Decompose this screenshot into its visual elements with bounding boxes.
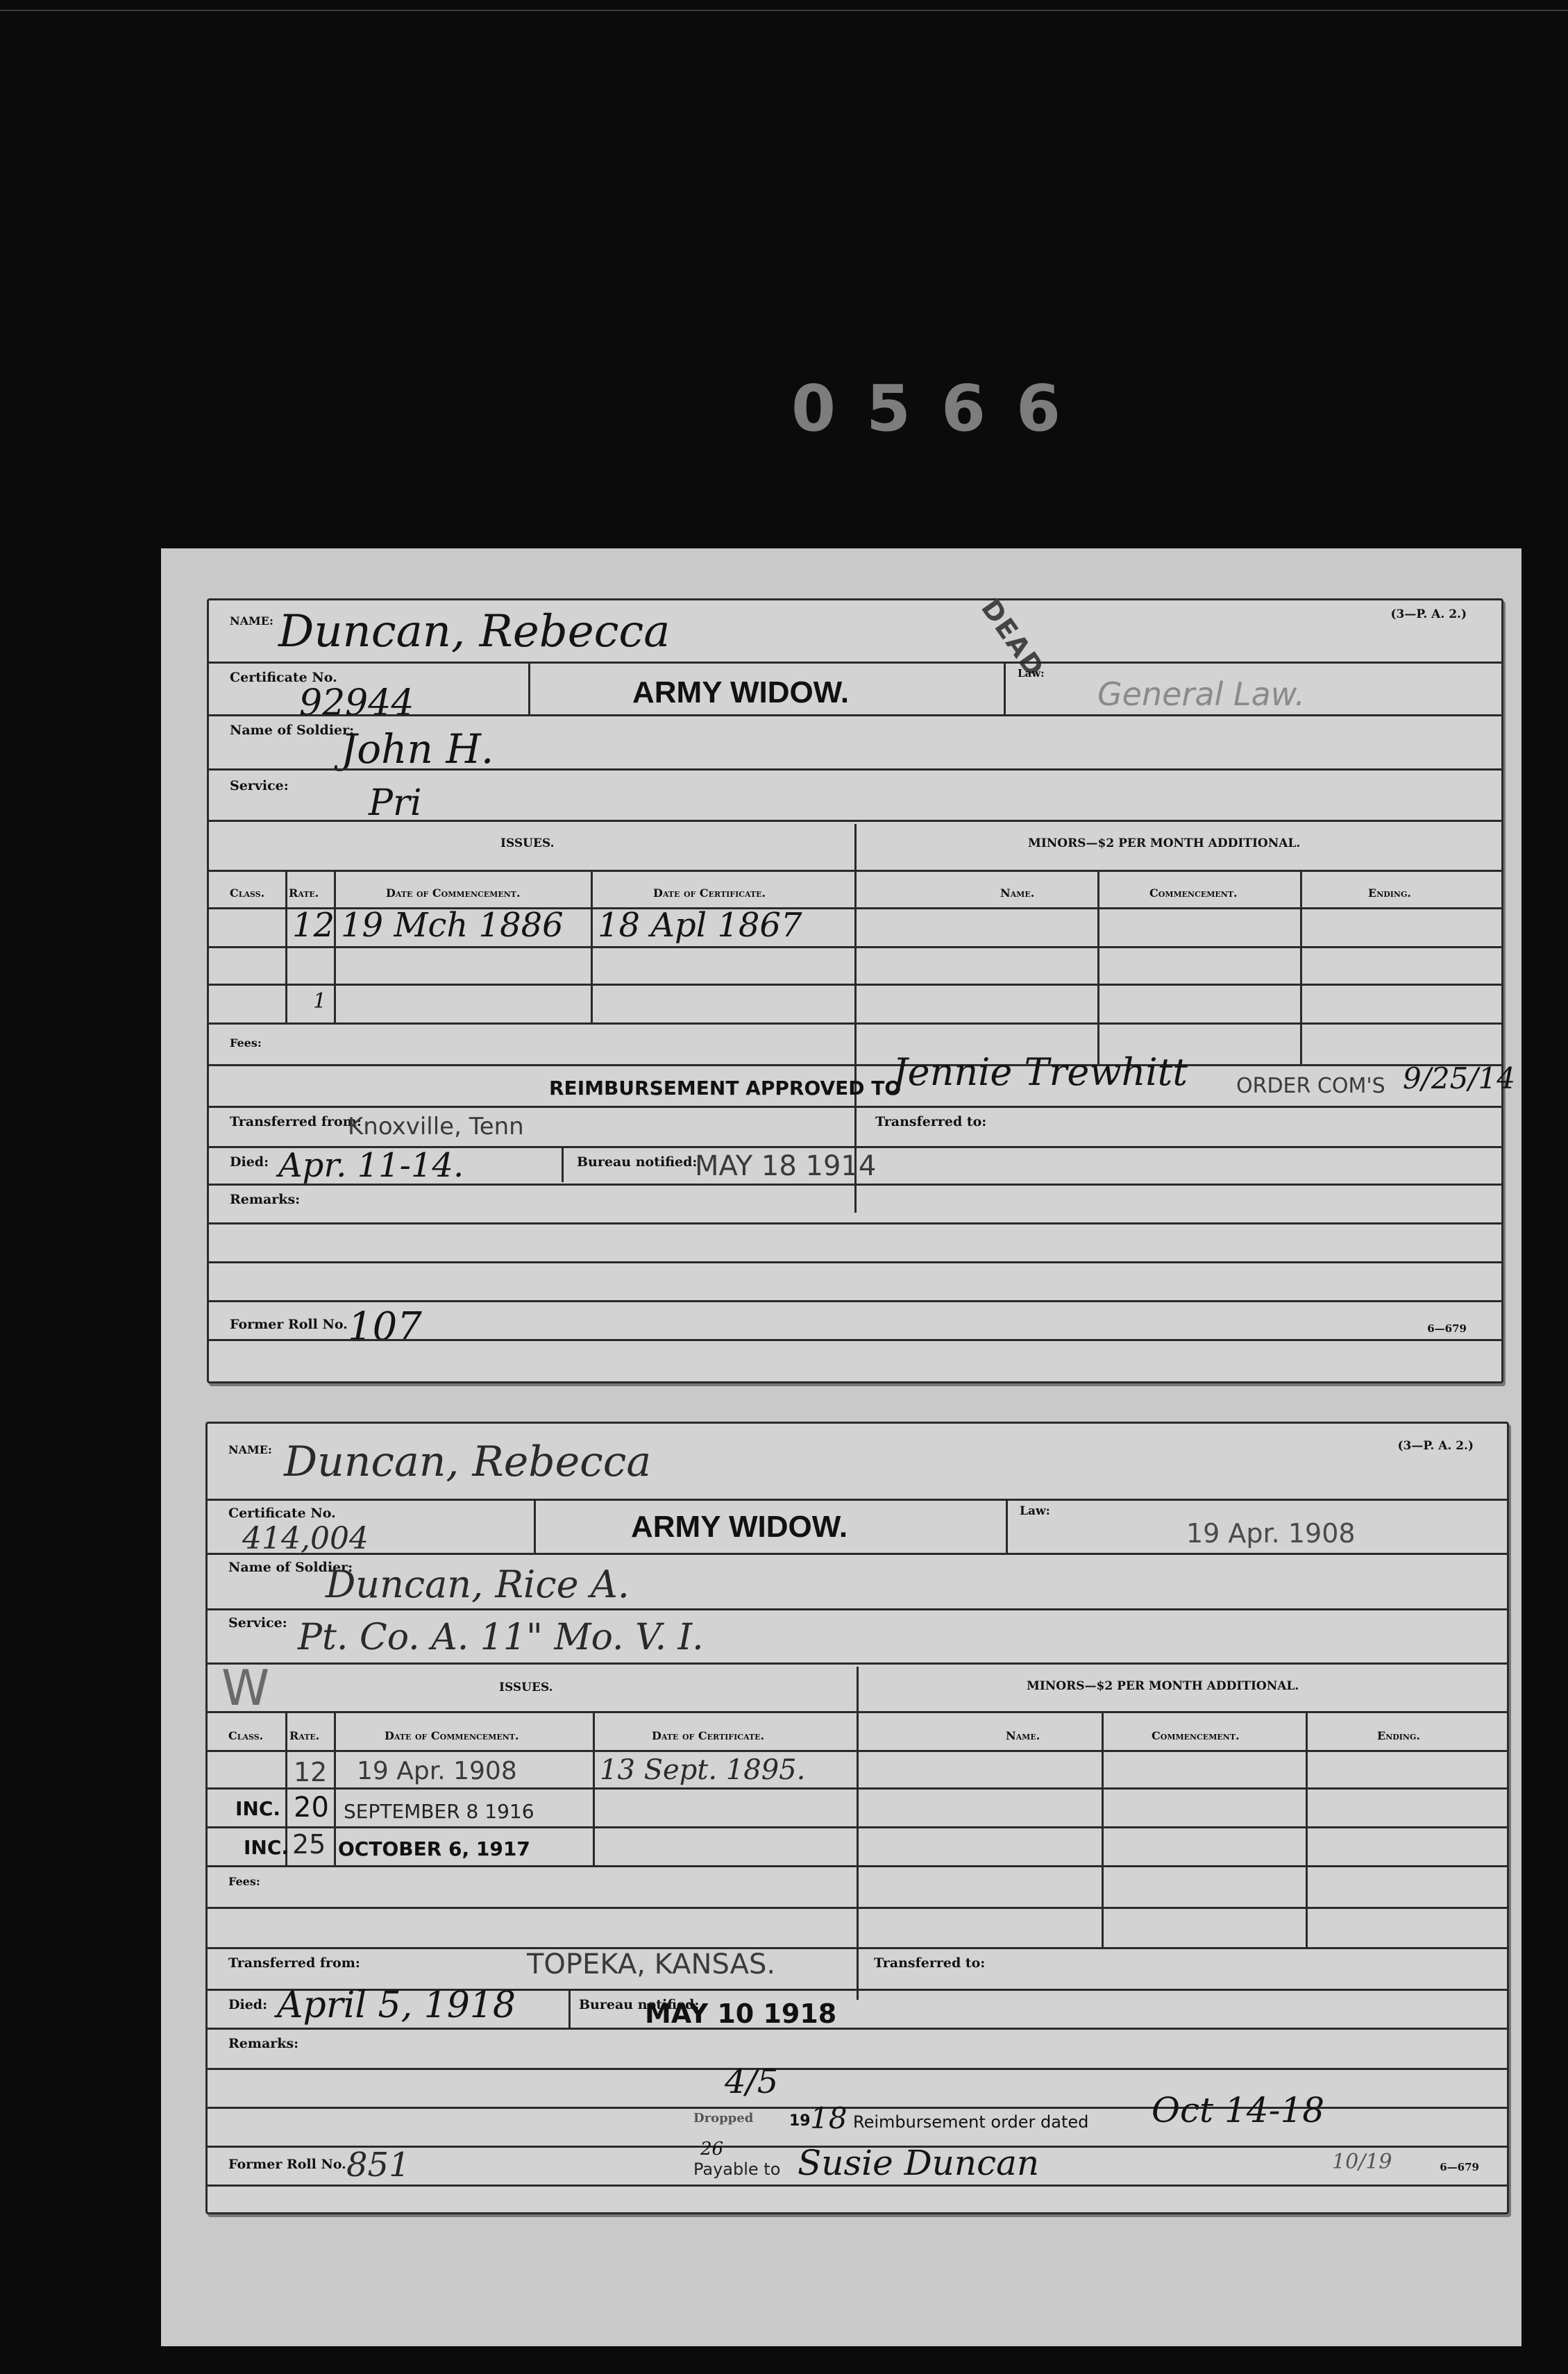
died-date: Apr. 11-14. (278, 1146, 464, 1185)
former-roll-number: 851 (346, 2146, 410, 2184)
died-label: Died: (230, 1154, 269, 1170)
law-value: General Law. (1097, 675, 1305, 713)
law-label: Law: (1018, 667, 1045, 680)
card-title: ARMY WIDOW. (631, 1510, 848, 1544)
pensioner-name: Duncan, Rebecca (278, 606, 670, 657)
commencement-col-header: Date of Commencement. (386, 886, 521, 900)
remarks-label: Remarks: (230, 1192, 300, 1207)
reimbursement-order-stamp: ORDER COM'S (1236, 1074, 1385, 1098)
minor-name-col-header: Name. (1006, 1729, 1040, 1742)
transferred-from-value: TOPEKA, KANSAS. (527, 1948, 775, 1980)
issue-2-class: INC. (235, 1797, 280, 1820)
issue-1-rate: 12 (294, 1757, 327, 1787)
transferred-from-value: Knoxville, Tenn (348, 1113, 524, 1140)
issue-1-certificate-date: 18 Apl 1867 (598, 906, 802, 945)
bureau-notified-label: Bureau notified: (577, 1154, 697, 1170)
issue-2-commencement: SEPTEMBER 8 1916 (344, 1800, 534, 1823)
remarks-label: Remarks: (228, 2036, 298, 2051)
issue-1-certificate-date: 13 Sept. 1895. (600, 1754, 805, 1786)
issue-3-rate: 25 (292, 1829, 326, 1860)
transferred-from-label: Transferred from: (228, 1955, 360, 1971)
former-roll-label: Former Roll No. (228, 2157, 346, 2172)
bureau-notified-date: MAY 18 1914 (695, 1150, 876, 1182)
form-code: (3—P. A. 2.) (1391, 607, 1467, 621)
soldier-name: John H. (341, 725, 494, 773)
pension-card-2: NAME: Duncan, Rebecca (3—P. A. 2.) Certi… (205, 1422, 1509, 2214)
certificate-label: Certificate No. (228, 1506, 336, 1521)
commencement-col-header: Date of Commencement. (385, 1729, 519, 1742)
transferred-to-label: Transferred to: (875, 1114, 986, 1129)
transferred-from-label: Transferred from: (230, 1114, 362, 1129)
minors-header: MINORS—$2 PER MONTH ADDITIONAL. (1027, 1679, 1299, 1693)
class-col-header: Class. (230, 886, 264, 900)
class-col-header: Class. (228, 1729, 263, 1742)
died-date: April 5, 1918 (277, 1985, 516, 2026)
reimbursement-order-label: Reimbursement order dated (853, 2112, 1088, 2132)
issues-header: ISSUES. (500, 836, 555, 850)
certificate-number: 414,004 (242, 1521, 369, 1556)
rate-col-header: Rate. (289, 886, 319, 900)
law-label: Law: (1020, 1504, 1050, 1518)
reimbursement-order-date: Oct 14-18 (1152, 2090, 1324, 2130)
certificate-date-col-header: Date of Certificate. (652, 1729, 764, 1742)
minor-commencement-col-header: Commencement. (1152, 1729, 1240, 1742)
frame-number: 0566 (791, 371, 1091, 446)
former-roll-number: 107 (348, 1304, 422, 1349)
dropped-date: 4/5 (725, 2062, 778, 2101)
print-code: 6—679 (1427, 1322, 1467, 1335)
former-roll-label: Former Roll No. (230, 1317, 348, 1332)
died-label: Died: (228, 1997, 267, 2012)
transferred-to-label: Transferred to: (874, 1955, 985, 1971)
issue-1-commencement: 19 Mch 1886 (341, 906, 564, 945)
reimbursement-date: 9/25/14 (1403, 1061, 1515, 1095)
issue-3-class: INC. (244, 1836, 289, 1859)
issues-header: ISSUES. (499, 1681, 553, 1694)
name-label: NAME: (228, 1443, 272, 1456)
issue-3-commencement: OCTOBER 6, 1917 (338, 1837, 530, 1860)
dropped-year: 18 (810, 2101, 847, 2135)
minor-name-col-header: Name. (1000, 886, 1034, 900)
class-w-stamp: W (221, 1660, 269, 1717)
soldier-label: Name of Soldier: (230, 723, 354, 738)
minors-header: MINORS—$2 PER MONTH ADDITIONAL. (1028, 836, 1300, 850)
payable-to-name: Susie Duncan (798, 2143, 1039, 2183)
law-value: 19 Apr. 1908 (1186, 1518, 1356, 1549)
fees-label: Fees: (230, 1036, 262, 1050)
issue-2-rate: 20 (294, 1792, 329, 1824)
issue-1-rate: 12 (292, 906, 335, 945)
fees-label: Fees: (228, 1875, 260, 1888)
issue-3-rate: 1 (313, 989, 326, 1013)
reimbursement-stamp: REIMBURSEMENT APPROVED TO (549, 1077, 901, 1100)
film-edge-line (0, 10, 1568, 11)
name-label: NAME: (230, 614, 273, 628)
pension-card-1: NAME: Duncan, Rebecca (3—P. A. 2.) DEAD … (207, 598, 1503, 1383)
minor-commencement-col-header: Commencement. (1149, 886, 1238, 900)
payable-to-date: 10/19 (1332, 2150, 1392, 2174)
rate-col-header: Rate. (289, 1729, 319, 1742)
dropped-year-prefix: 19 (789, 2112, 811, 2130)
service-label: Service: (228, 1615, 287, 1631)
form-code: (3—P. A. 2.) (1398, 1439, 1474, 1453)
reimbursement-payee: Jennie Trewhitt (893, 1050, 1188, 1094)
print-code: 6—679 (1440, 2161, 1479, 2173)
certificate-number: 92944 (299, 682, 414, 724)
pensioner-name: Duncan, Rebecca (284, 1438, 651, 1486)
reimbursement-note: 26 (700, 2139, 723, 2160)
dropped-label: Dropped (693, 2111, 753, 2125)
certificate-date-col-header: Date of Certificate. (653, 886, 766, 900)
minor-ending-col-header: Ending. (1377, 1729, 1420, 1742)
service-value: Pt. Co. A. 11" Mo. V. I. (298, 1617, 704, 1658)
soldier-name: Duncan, Rice A. (326, 1563, 630, 1606)
payable-to-label: Payable to (693, 2160, 780, 2179)
issue-1-commencement: 19 Apr. 1908 (357, 1757, 517, 1785)
service-value: Pri (369, 782, 421, 824)
minor-ending-col-header: Ending. (1368, 886, 1411, 900)
service-label: Service: (230, 778, 289, 793)
bureau-notified-date: MAY 10 1918 (645, 1998, 836, 2029)
card-title: ARMY WIDOW. (632, 675, 849, 710)
